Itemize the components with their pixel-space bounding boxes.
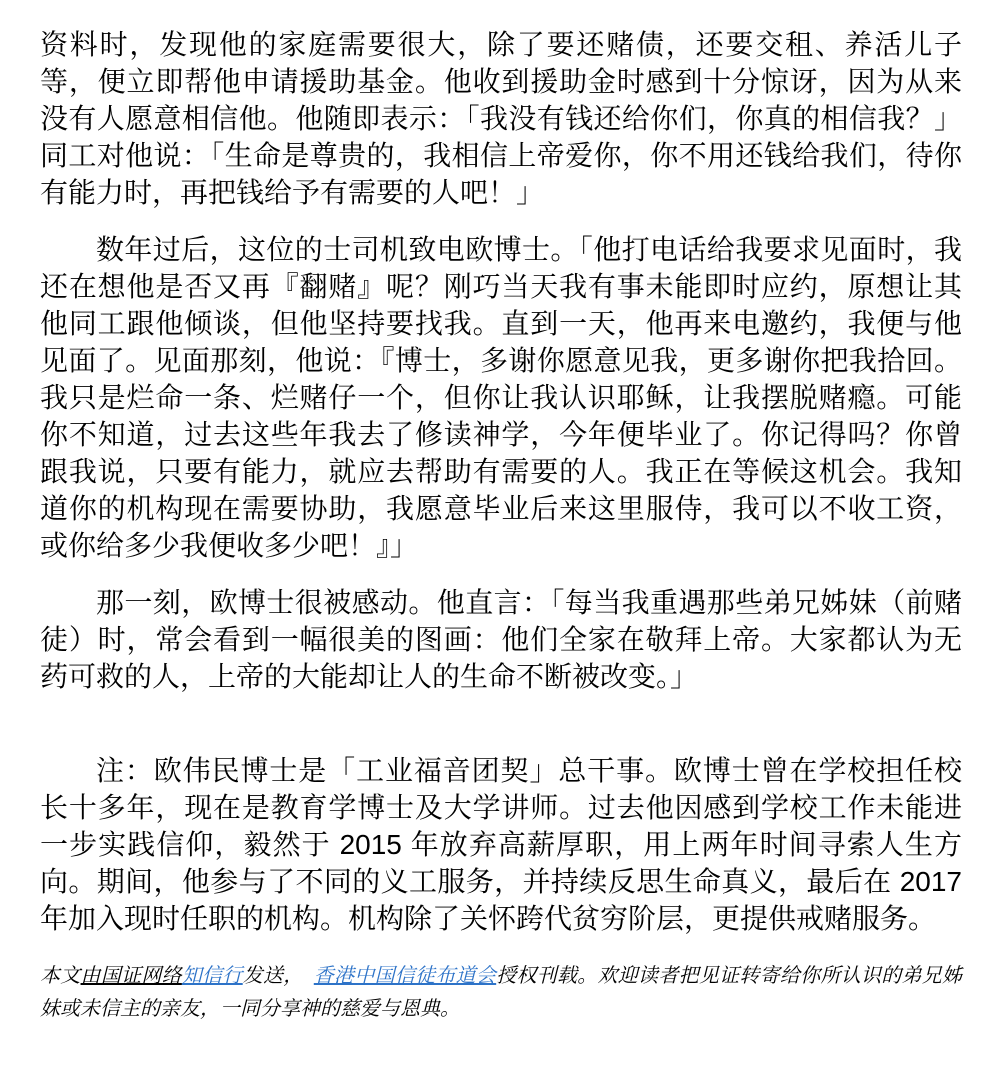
document-page: 资料时，发现他的家庭需要很大，除了要还赌债，还要交租、养活儿子等，便立即帮他申请… [0,0,1000,1072]
paragraph-author-note: 注：欧伟民博士是「工业福音团契」总干事。欧博士曾在学校担任校长十多年，现在是教育… [40,752,962,937]
paragraph-doctor-reflection: 那一刻，欧博士很被感动。他直言：「每当我重遇那些弟兄姊妹（前赌徒）时，常会看到一… [40,584,962,695]
footer-text-sent-by: 发送， [243,965,314,987]
link-zhixinxing[interactable]: 知信行 [182,965,243,987]
footer-attribution: 本文由国证网络知信行发送， 香港中国信徒布道会授权刊载。欢迎读者把见证转寄给你所… [40,960,962,1026]
footer-text-network-underlined: 由国证网络 [81,965,182,987]
paragraph-taxi-driver-call: 数年过后，这位的士司机致电欧博士。「他打电话给我要求见面时，我还在想他是否又再『… [40,231,962,564]
footer-text-prefix: 本文 [40,965,81,987]
paragraph-continuation: 资料时，发现他的家庭需要很大，除了要还赌债，还要交租、养活儿子等，便立即帮他申请… [40,26,962,211]
link-hongkong-ccm[interactable]: 香港中国信徒布道会 [314,965,496,987]
